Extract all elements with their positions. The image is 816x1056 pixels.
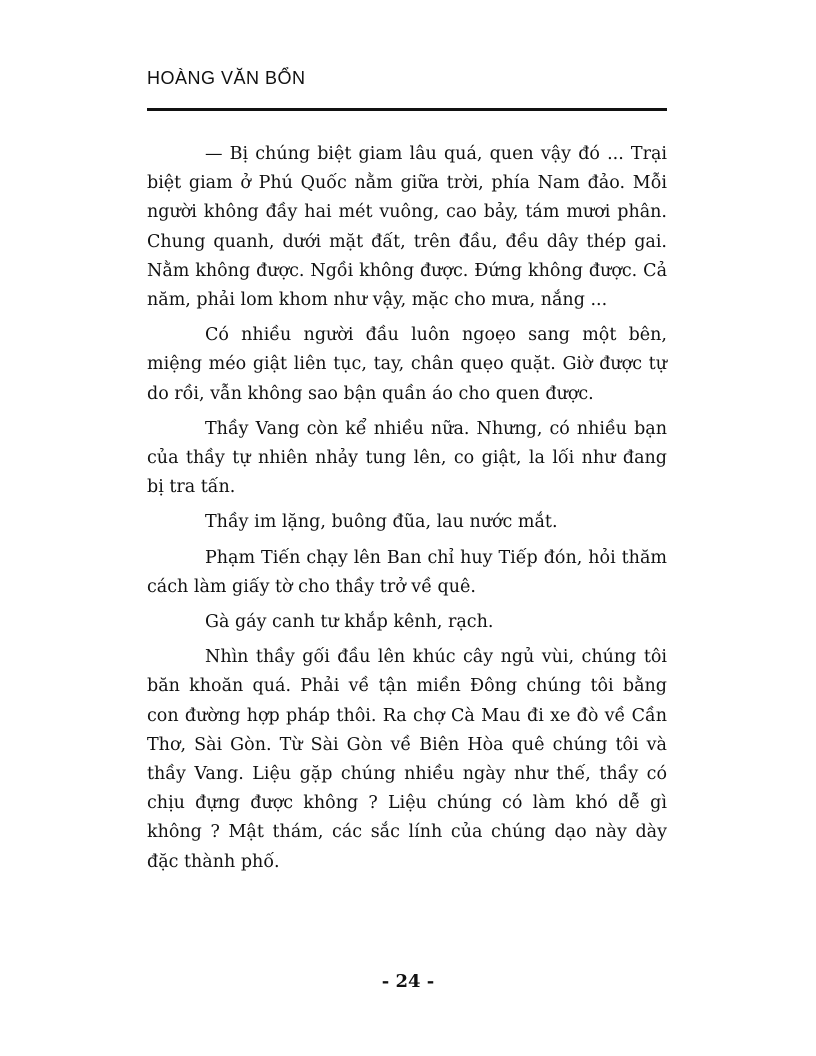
paragraph: Có nhiều người đầu luôn ngoẹo sang một b… (147, 321, 667, 409)
paragraph: Phạm Tiến chạy lên Ban chỉ huy Tiếp đón,… (147, 544, 667, 602)
running-head-author: HOÀNG VĂN BỔN (147, 68, 306, 89)
header-rule (147, 108, 667, 111)
paragraph: Thầy im lặng, buông đũa, lau nước mắt. (147, 508, 667, 537)
body-text: — Bị chúng biệt giam lâu quá, quen vậy đ… (147, 140, 667, 883)
paragraph: Gà gáy canh tư khắp kênh, rạch. (147, 608, 667, 637)
paragraph: Thầy Vang còn kể nhiều nữa. Nhưng, có nh… (147, 415, 667, 503)
paragraph: Nhìn thầy gối đầu lên khúc cây ngủ vùi, … (147, 643, 667, 877)
paragraph: — Bị chúng biệt giam lâu quá, quen vậy đ… (147, 140, 667, 315)
book-page: HOÀNG VĂN BỔN — Bị chúng biệt giam lâu q… (0, 0, 816, 1056)
page-number: - 24 - (0, 971, 816, 992)
